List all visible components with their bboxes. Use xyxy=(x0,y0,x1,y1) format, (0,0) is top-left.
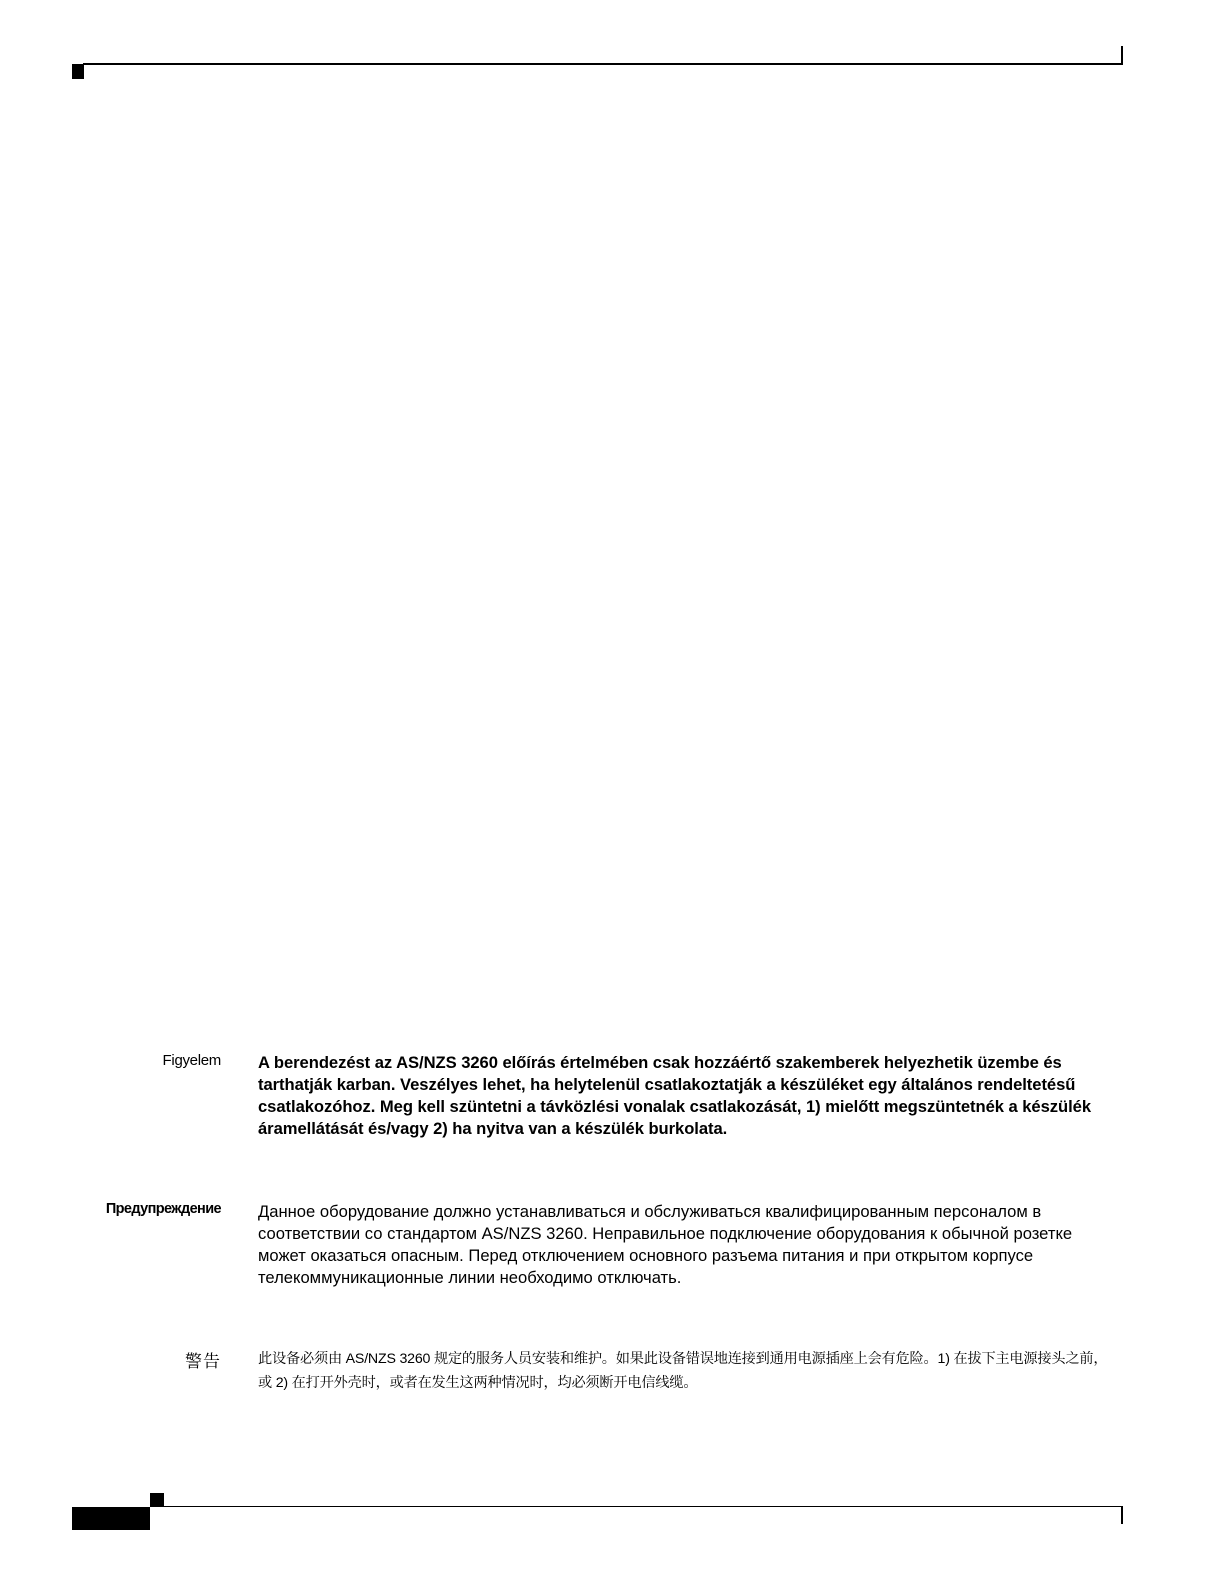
warning-label: Figyelem xyxy=(163,1052,221,1069)
warning-label: Предупреждение xyxy=(106,1201,221,1217)
warning-text: Данное оборудование должно устанавливать… xyxy=(258,1201,1108,1289)
header-right-tick xyxy=(1121,46,1123,64)
warning-text: A berendezést az AS/NZS 3260 előírás ért… xyxy=(258,1052,1108,1140)
footer-marker-small xyxy=(150,1493,164,1506)
footer-right-tick xyxy=(1121,1506,1123,1524)
header-marker-square xyxy=(72,64,84,79)
footer-rule xyxy=(150,1506,1123,1507)
warning-label: 警告 xyxy=(185,1347,221,1372)
footer-page-tab xyxy=(72,1507,150,1530)
warning-text: 此设备必须由 AS/NZS 3260 规定的服务人员安装和维护。如果此设备错误地… xyxy=(258,1347,1108,1395)
header-rule xyxy=(83,63,1123,65)
